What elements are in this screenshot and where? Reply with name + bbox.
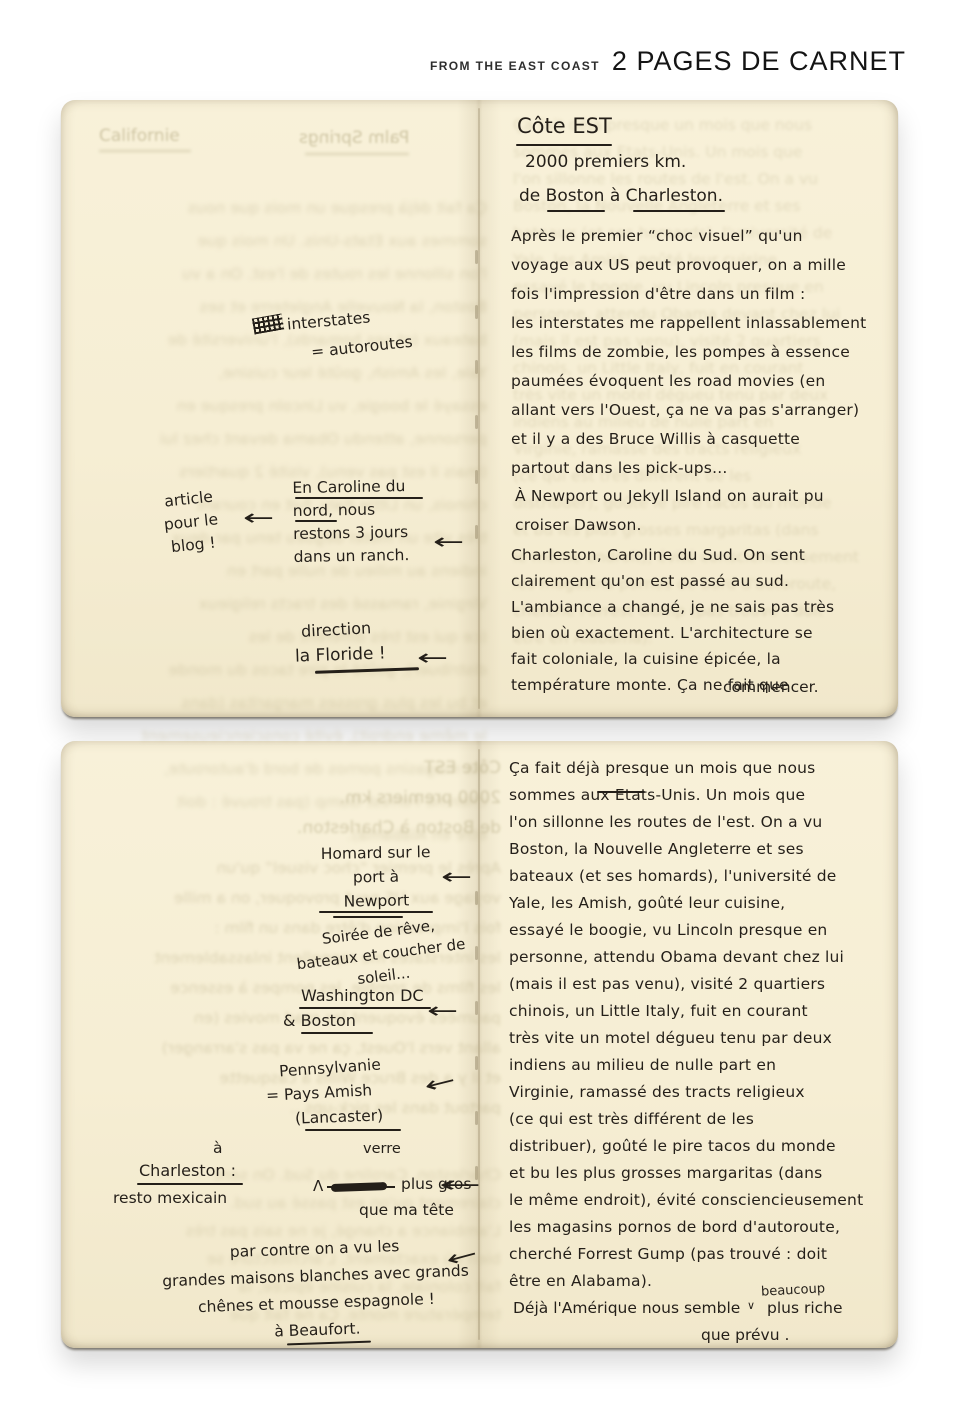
underline [305,1129,401,1131]
ghost-bleedthrough-heading: Côte EST 2000 premiers km. de Boston à C… [221,753,501,843]
scanned-journal-page: FROM THE EAST COAST 2 PAGES DE CARNET Ca… [0,0,954,1418]
underline [516,144,612,146]
note-article-blog: article pour le blog ! [138,483,245,562]
note-charleston: Charleston : [139,1161,236,1180]
strikethrough-mark [597,791,645,793]
ghost-line: 2000 premiers km. [221,783,501,813]
closing-line: Déjà l'Amérique nous semble [513,1299,740,1317]
ghost-text-palm-springs: Palm Springs [299,128,409,148]
left-arrow-icon: ← [433,532,464,554]
masthead: FROM THE EAST COAST 2 PAGES DE CARNET [430,46,906,77]
closing-line: que prévu . [701,1326,789,1344]
ghost-line: de Boston à Charleston. [221,813,501,843]
underline [333,916,403,918]
page-subheading2: de Boston à Charleston. [519,186,723,206]
underline [547,210,605,212]
note-resto-mexicain: resto mexicain [113,1189,227,1207]
journal-paragraph-end: commencer. [723,678,819,696]
note-que-ma-tete: que ma tête [359,1201,454,1219]
ghost-underline [305,153,409,155]
caret-mark: Λ [313,1177,323,1195]
ghost-line: Côte EST [221,753,501,783]
underline [319,911,433,913]
note-floride: la Floride ! [295,643,386,666]
left-arrow-icon: ← [417,648,448,670]
underline [295,520,337,522]
underline [137,1183,243,1185]
left-arrow-icon: ← [439,1175,481,1197]
notebook-spread-top: Californie Palm Springs Ça fait déjà pre… [61,100,898,717]
page-heading: Côte EST [517,114,612,138]
note-direction: direction [301,618,372,641]
note-verre-insert: verre [363,1141,401,1157]
underline [301,1032,373,1034]
masthead-title: 2 PAGES DE CARNET [612,46,906,77]
closing-line: plus riche [767,1299,843,1317]
caret-mark: ∨ [747,1299,755,1312]
ghost-underline [99,150,191,152]
note-lancaster: (Lancaster) [295,1106,384,1127]
journal-paragraph: À Newport ou Jekyll Island on aurait pu … [515,482,907,540]
note-boston: & Boston [283,1011,356,1030]
scribble-strike-line [327,1186,395,1188]
journal-paragraph: Ça fait déjà presque un mois que nous so… [509,755,911,1295]
page-subheading: 2000 premiers km. [525,152,686,172]
journal-paragraph: Après le premier “choc visuel” qu'un voy… [511,222,907,483]
masthead-kicker: FROM THE EAST COAST [430,59,600,73]
underline [295,497,423,499]
note-caroline-du-nord: En Caroline du nord, nous restons 3 jour… [292,475,409,569]
underline [633,210,725,212]
left-arrow-icon: ← [427,1001,458,1023]
underline [299,1007,431,1009]
note-washington: Washington DC [301,986,424,1005]
inserted-word: beaucoup [761,1281,826,1299]
ghost-text-californie: Californie [99,126,180,146]
note-a: à [213,1139,223,1157]
journal-paragraph: Charleston, Caroline du Sud. On sent cla… [511,542,907,698]
left-arrow-icon: ← [243,508,274,530]
left-arrow-icon: ← [441,867,472,889]
